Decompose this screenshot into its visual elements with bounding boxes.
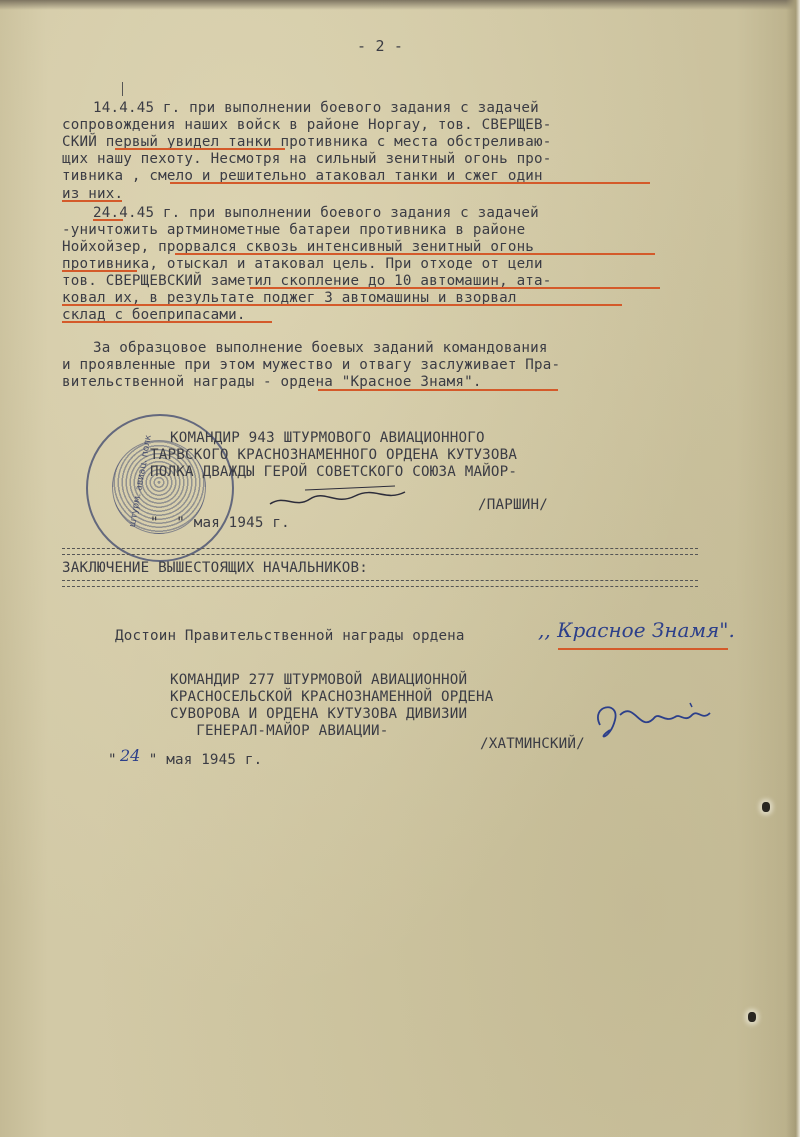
red-underline bbox=[318, 389, 558, 391]
separator bbox=[62, 580, 698, 587]
division-commander-name: /ХАТМИНСКИЙ/ bbox=[480, 736, 585, 752]
p1-line-2: сопровождения наших войск в районе Норга… bbox=[62, 117, 552, 133]
p3-line-1: За образцовое выполнение боевых заданий … bbox=[93, 340, 548, 356]
red-underline bbox=[62, 304, 622, 306]
red-underline bbox=[170, 182, 650, 184]
punch-hole-1 bbox=[762, 802, 770, 812]
p1-line-4: щих нашу пехоту. Несмотря на сильный зен… bbox=[62, 151, 552, 167]
red-underline bbox=[62, 270, 137, 272]
conclusion-header: ЗАКЛЮЧЕНИЕ ВЫШЕСТОЯЩИХ НАЧАЛЬНИКОВ: bbox=[62, 560, 368, 576]
commander-date: " " мая 1945 г. bbox=[150, 515, 290, 531]
division-line-4: ГЕНЕРАЛ-МАЙОР АВИАЦИИ- bbox=[170, 723, 389, 739]
p2-line-1: 24.4.45 г. при выполнении боевого задани… bbox=[93, 205, 539, 221]
conclusion-text: Достоин Правительственной награды ордена bbox=[115, 628, 465, 644]
p2-line-2: -уничтожить артминометные батареи против… bbox=[62, 222, 525, 238]
commander-signature bbox=[265, 484, 425, 514]
page-top-shadow bbox=[0, 0, 800, 10]
separator bbox=[62, 548, 698, 555]
pencil-mark bbox=[122, 82, 123, 96]
red-underline bbox=[115, 148, 285, 150]
division-line-2: КРАСНОСЕЛЬСКОЙ КРАСНОЗНАМЕННОЙ ОРДЕНА bbox=[170, 689, 493, 705]
commander-name: /ПАРШИН/ bbox=[478, 497, 548, 513]
division-date-day: 24 bbox=[120, 746, 140, 765]
division-commander-signature bbox=[580, 695, 720, 750]
red-underline bbox=[62, 200, 122, 202]
division-line-1: КОМАНДИР 277 ШТУРМОВОЙ АВИАЦИОННОЙ bbox=[170, 672, 467, 688]
red-underline bbox=[175, 253, 655, 255]
red-underline bbox=[62, 321, 272, 323]
red-underline bbox=[250, 287, 660, 289]
division-date-suffix: " мая 1945 г. bbox=[140, 752, 262, 768]
p3-line-3: вительственной награды - ордена "Красное… bbox=[62, 374, 482, 390]
red-underline bbox=[93, 219, 123, 221]
commander-line-2: ТАРВСКОГО КРАСНОЗНАМЕННОГО ОРДЕНА КУТУЗО… bbox=[150, 447, 517, 463]
handwritten-award: ,, Красное Знамя". bbox=[538, 618, 735, 642]
commander-line-3: ПОЛКА ДВАЖДЫ ГЕРОЙ СОВЕТСКОГО СОЮЗА МАЙО… bbox=[150, 464, 517, 480]
red-underline bbox=[558, 648, 728, 650]
page-right-edge bbox=[786, 0, 800, 1137]
commander-line-1: КОМАНДИР 943 ШТУРМОВОГО АВИАЦИОННОГО bbox=[170, 430, 485, 446]
p3-line-2: и проявленные при этом мужество и отвагу… bbox=[62, 357, 560, 373]
page-number: - 2 - bbox=[357, 38, 403, 54]
p1-line-1: 14.4.45 г. при выполнении боевого задани… bbox=[93, 100, 539, 116]
division-date-prefix: " bbox=[108, 752, 117, 768]
division-line-3: СУВОРОВА И ОРДЕНА КУТУЗОВА ДИВИЗИИ bbox=[170, 706, 467, 722]
punch-hole-2 bbox=[748, 1012, 756, 1022]
